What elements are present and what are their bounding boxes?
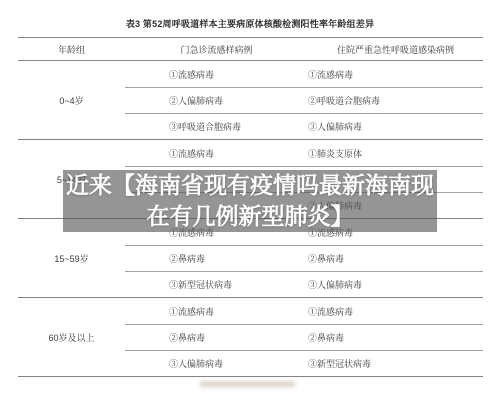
outpatient-pathogen-cell: ②鼻病毒 (125, 252, 308, 265)
outpatient-pathogen-cell: ②鼻病毒 (125, 331, 308, 344)
table-row: ②人偏肺病毒②呼吸道合胞病毒 (125, 87, 483, 113)
inpatient-pathogen-cell: ②呼吸道合胞病毒 (308, 94, 483, 107)
outpatient-pathogen-cell: ③呼吸道合胞病毒 (125, 120, 308, 133)
watermark-overlay-banner: 近来【海南省现有疫情吗最新海南现 在有几例新型肺炎】 (63, 170, 437, 232)
table-row: ①流感病毒①肺炎支原体 (125, 140, 483, 166)
table-row: ②鼻病毒②鼻病毒 (125, 324, 483, 350)
table-row: ③呼吸道合胞病毒③人偏肺病毒 (125, 113, 483, 139)
age-group-label: 60岁及以上 (18, 298, 125, 376)
outpatient-pathogen-cell: ①流感病毒 (125, 147, 308, 160)
inpatient-pathogen-cell: ③人偏肺病毒 (308, 278, 483, 291)
table-row: ①流感病毒①流感病毒 (125, 61, 483, 87)
table-row: ①流感病毒①流感病毒 (125, 298, 483, 324)
inpatient-pathogen-cell: ①流感病毒 (308, 68, 483, 81)
table-row: ②鼻病毒②鼻病毒 (125, 245, 483, 271)
inpatient-pathogen-cell: ②鼻病毒 (308, 331, 483, 344)
outpatient-pathogen-cell: ③人偏肺病毒 (125, 357, 308, 370)
table-header-row: 年龄组 门急诊流感样病例 住院严重急性呼吸道感染病例 (18, 37, 483, 61)
inpatient-pathogen-cell: ①肺炎支原体 (308, 147, 483, 160)
header-inpatient-sari: 住院严重急性呼吸道感染病例 (308, 43, 483, 56)
inpatient-pathogen-cell: ③新型冠状病毒 (308, 357, 483, 370)
inpatient-pathogen-cell: ③人偏肺病毒 (308, 120, 483, 133)
header-age-group: 年龄组 (18, 43, 125, 56)
age-group-row: 0~4岁①流感病毒①流感病毒②人偏肺病毒②呼吸道合胞病毒③呼吸道合胞病毒③人偏肺… (18, 61, 483, 140)
pathogen-rank-rows: ①流感病毒①流感病毒②人偏肺病毒②呼吸道合胞病毒③呼吸道合胞病毒③人偏肺病毒 (125, 61, 483, 139)
age-group-label: 0~4岁 (18, 61, 125, 139)
outpatient-pathogen-cell: ①流感病毒 (125, 305, 308, 318)
watermark-text-line1: 近来【海南省现有疫情吗最新海南现 (66, 170, 434, 201)
age-group-row: 60岁及以上①流感病毒①流感病毒②鼻病毒②鼻病毒③人偏肺病毒③新型冠状病毒 (18, 298, 483, 377)
outpatient-pathogen-cell: ②人偏肺病毒 (125, 94, 308, 107)
outpatient-pathogen-cell: ③新型冠状病毒 (125, 278, 308, 291)
bottom-smudge-watermark (200, 381, 295, 387)
header-outpatient-ili: 门急诊流感样病例 (125, 43, 308, 56)
table-row: ③人偏肺病毒③新型冠状病毒 (125, 350, 483, 376)
inpatient-pathogen-cell: ②鼻病毒 (308, 252, 483, 265)
inpatient-pathogen-cell: ①流感病毒 (308, 305, 483, 318)
pathogen-rank-rows: ①流感病毒①流感病毒②鼻病毒②鼻病毒③人偏肺病毒③新型冠状病毒 (125, 298, 483, 376)
watermark-text-line2: 在有几例新型肺炎】 (147, 201, 354, 232)
table-row: ③新型冠状病毒③人偏肺病毒 (125, 271, 483, 297)
outpatient-pathogen-cell: ①流感病毒 (125, 68, 308, 81)
table-title: 表3 第52周呼吸道样本主要病原体核酸检测阳性率年龄组差异 (0, 17, 500, 30)
